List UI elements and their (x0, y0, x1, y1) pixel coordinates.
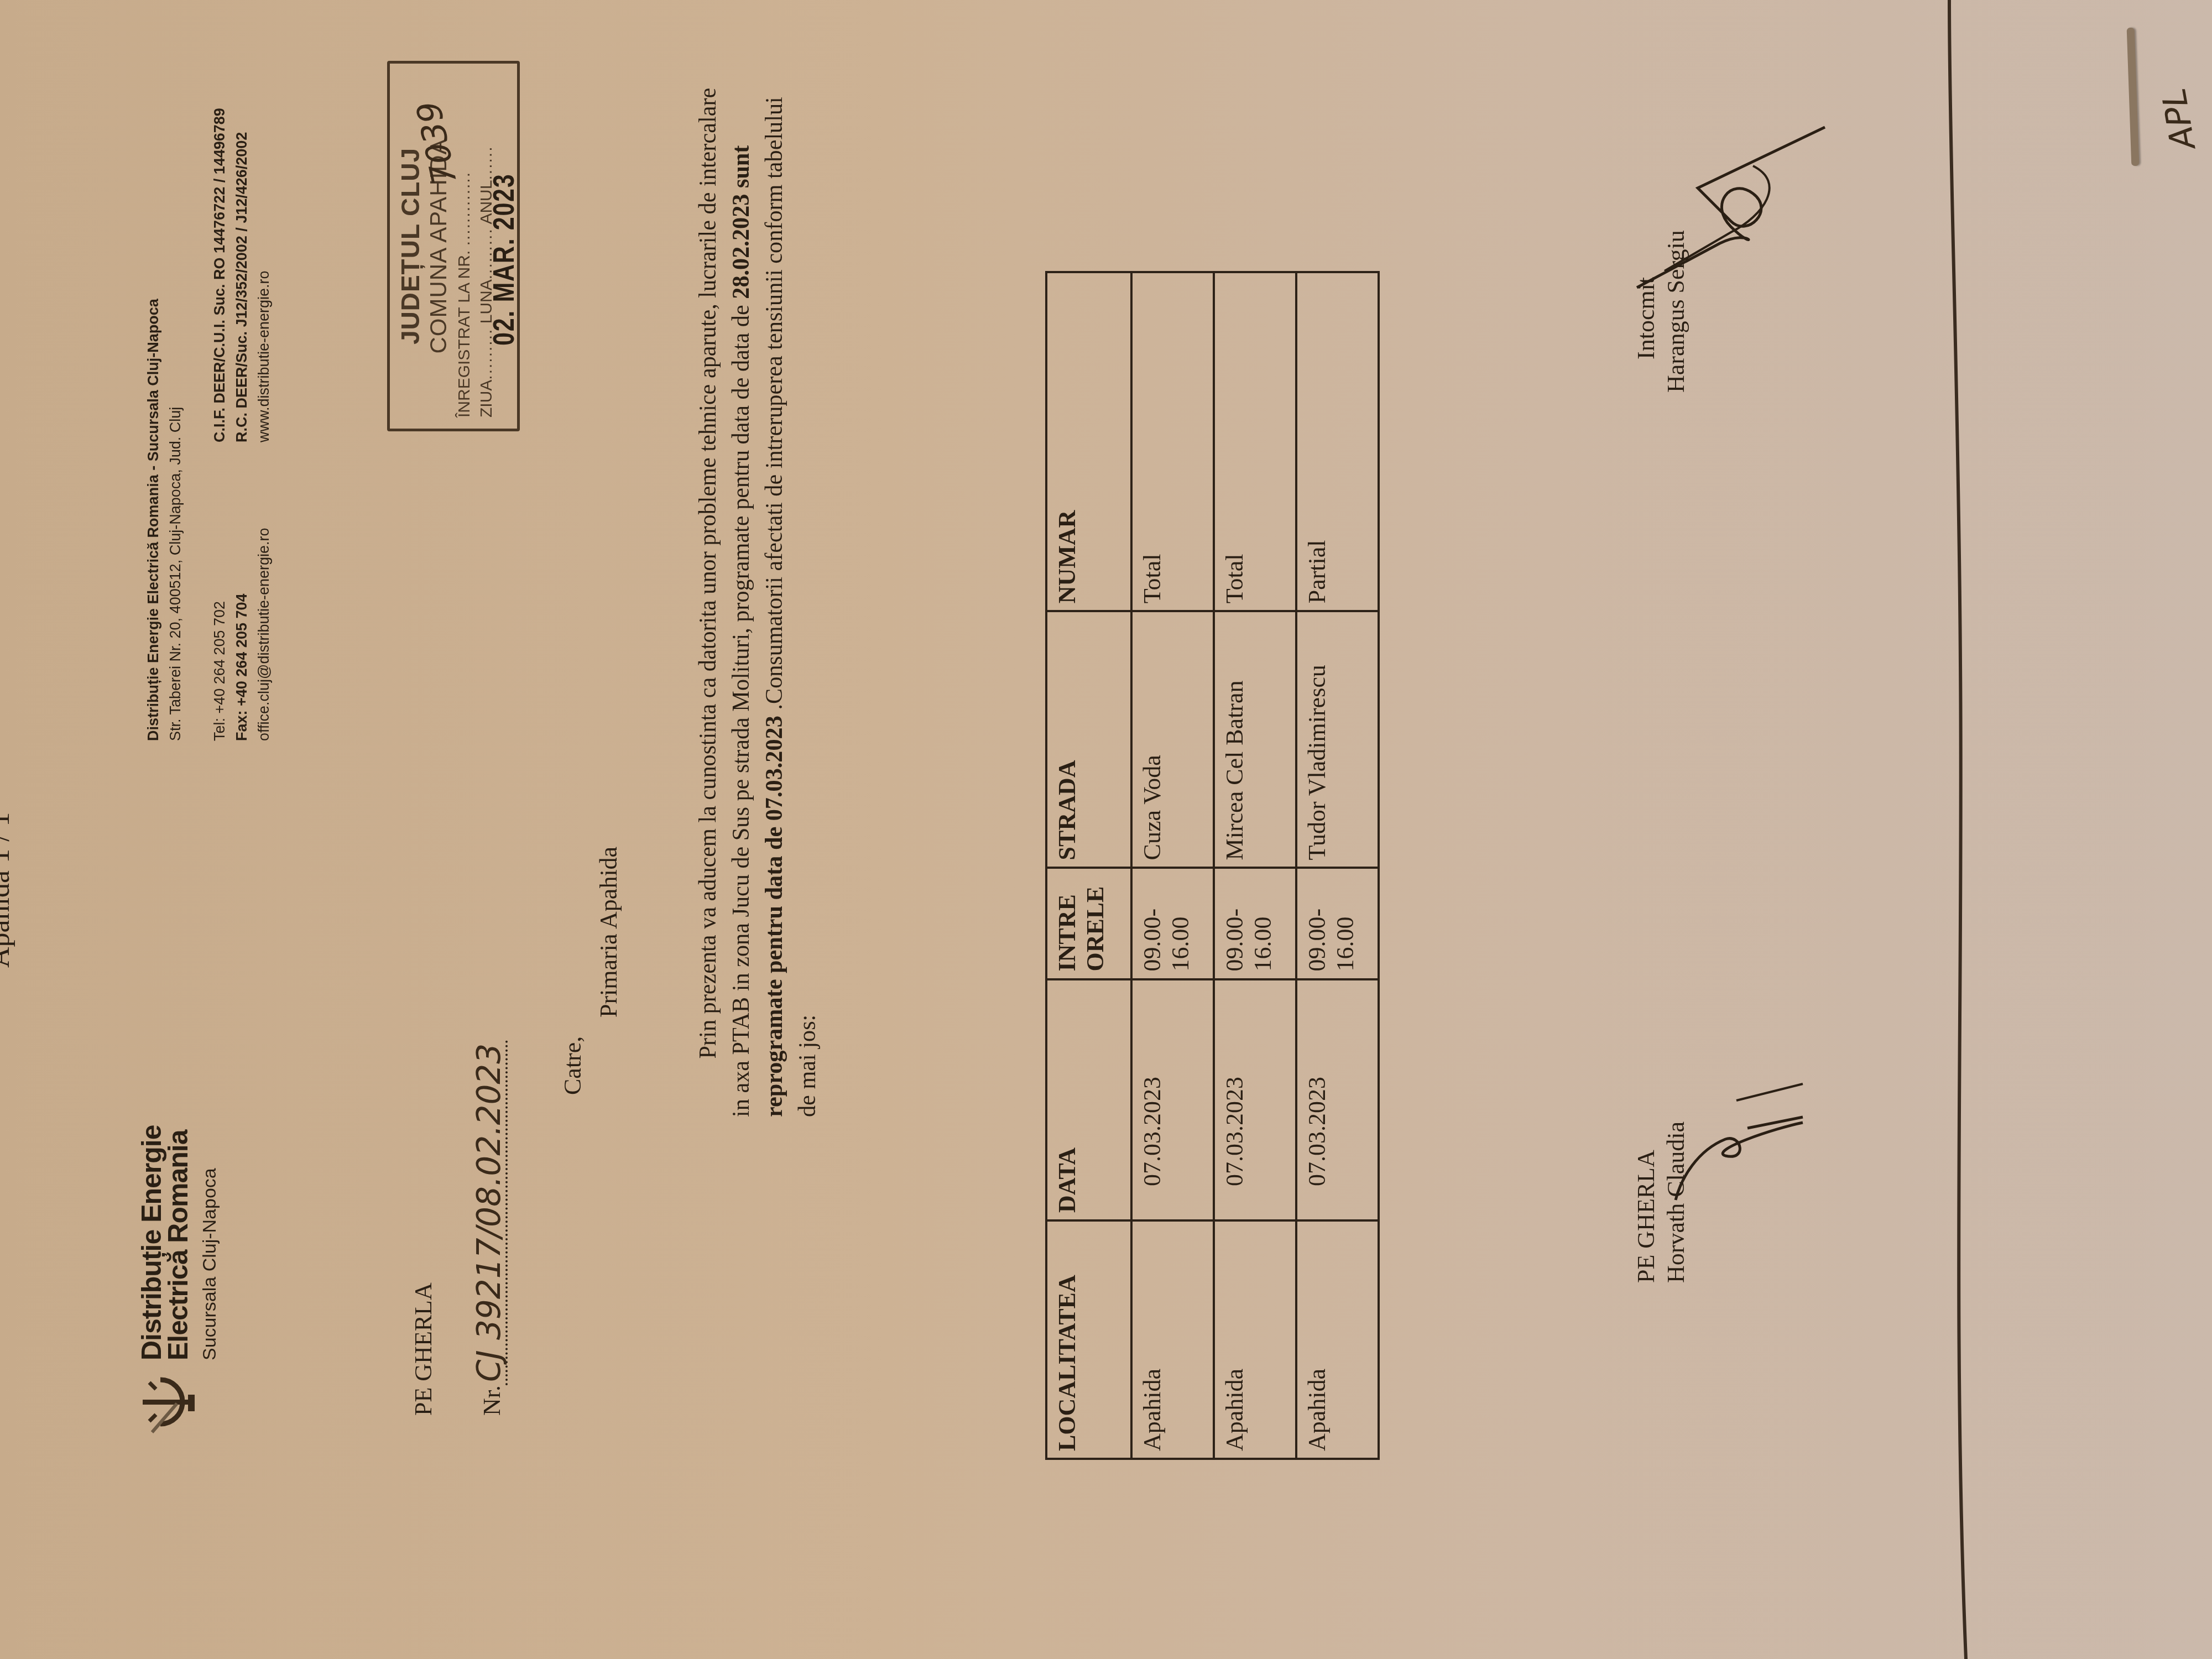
company-logo-block: Distribuție Energie Electrică Romania Su… (138, 1125, 221, 1438)
margin-handwritten-note: APL (2154, 85, 2203, 152)
rc-line: R.C. DEER/Suc. J12/352/2002 / J12/426/20… (232, 132, 251, 442)
table-header-row: LOCALITATEA DATA INTRE ORELE STRADA NUMA… (1046, 272, 1131, 1459)
recipient-label: Catre, (559, 1036, 587, 1095)
outage-table: LOCALITATEA DATA INTRE ORELE STRADA NUMA… (1045, 271, 1380, 1460)
address-line: Str. Taberei Nr. 20, 400512, Cluj-Napoca… (166, 407, 185, 741)
header-strada: STRADA (1046, 611, 1131, 868)
page-header-cutoff: Apahida 1 / 1 (0, 812, 16, 968)
header-numar: NUMAR (1046, 272, 1131, 611)
cell-interval: 09.00-16.00 (1214, 868, 1296, 979)
registration-stamp: JUDEȚUL CLUJ COMUNA APAHIDA ÎNREGISTRAT … (387, 61, 520, 431)
signature-block-left: PE GHERLA Horvath Claudia (1631, 1121, 1691, 1283)
document-number-value: CJ 39217/08.02.2023 (470, 1044, 508, 1382)
pen-line-mark (1947, 0, 1969, 1659)
header-data: DATA (1046, 979, 1131, 1220)
document-page: Apahida 1 / 1 Distribuție Energie Electr… (0, 0, 2212, 1659)
signature-right-scribble (1620, 111, 1830, 310)
cell-interval: 09.00-16.00 (1296, 868, 1379, 979)
logo-name-line2: Electrică Romania (165, 1125, 191, 1360)
signature-block-right: Intocmit Harangus Sergiu (1631, 230, 1691, 393)
header-intre-orele: INTRE ORELE (1046, 868, 1131, 979)
stamp-registered-label: ÎNREGISTRAT LA NR. (455, 251, 473, 418)
stamp-date: 02. MAR. 2023 (487, 174, 521, 346)
table-row: Apahida 07.03.2023 09.00-16.00 Cuza Voda… (1131, 272, 1214, 1459)
cell-strada: Tudor Vladimirescu (1296, 611, 1379, 868)
cif-line: C.I.F. DEER/C.U.I. Suc. RO 14476722 / 14… (210, 108, 229, 442)
cell-interval: 09.00-16.00 (1131, 868, 1214, 979)
tel-line: Tel: +40 264 205 702 (210, 601, 229, 741)
cell-localitatea: Apahida (1131, 1220, 1214, 1459)
cell-strada: Mircea Cel Batran (1214, 611, 1296, 868)
website-line: www.distributie-energie.ro (254, 270, 273, 442)
stamp-day-label: ZIUA (477, 380, 495, 418)
recipient-name: Primaria Apahida (594, 847, 623, 1018)
company-logo-icon (138, 1366, 199, 1438)
table-row: Apahida 07.03.2023 09.00-16.00 Tudor Vla… (1296, 272, 1379, 1459)
cell-data: 07.03.2023 (1296, 979, 1379, 1220)
company-line: Distribuție Energie Electrică Romania - … (144, 299, 163, 741)
header-localitatea: LOCALITATEA (1046, 1220, 1131, 1459)
cell-data: 07.03.2023 (1214, 979, 1296, 1220)
cell-strada: Cuza Voda (1131, 611, 1214, 868)
document-number-label: Nr. (478, 1385, 505, 1416)
signatory-left-title: PE GHERLA (1631, 1121, 1661, 1283)
document-number: Nr.CJ 39217/08.02.2023 (470, 1040, 508, 1416)
cell-numar: Total (1214, 272, 1296, 611)
fax-line: Fax: +40 264 205 704 (232, 594, 251, 741)
cell-numar: Partial (1296, 272, 1379, 611)
cell-localitatea: Apahida (1214, 1220, 1296, 1459)
signature-left-scribble (1665, 1001, 1808, 1211)
logo-name-line1: Distribuție Energie (138, 1125, 165, 1360)
logo-branch: Sucursala Cluj-Napoca (199, 1125, 221, 1360)
cell-numar: Total (1131, 272, 1214, 611)
sender-unit: PE GHERLA (409, 1282, 437, 1416)
cell-localitatea: Apahida (1296, 1220, 1379, 1459)
staple (2127, 28, 2140, 166)
cell-data: 07.03.2023 (1131, 979, 1214, 1220)
email-line: office.cluj@distributie-energie.ro (254, 528, 273, 741)
table-row: Apahida 07.03.2023 09.00-16.00 Mircea Ce… (1214, 272, 1296, 1459)
letter-body: Prin prezenta va aducem la cunostinta ca… (691, 82, 824, 1117)
